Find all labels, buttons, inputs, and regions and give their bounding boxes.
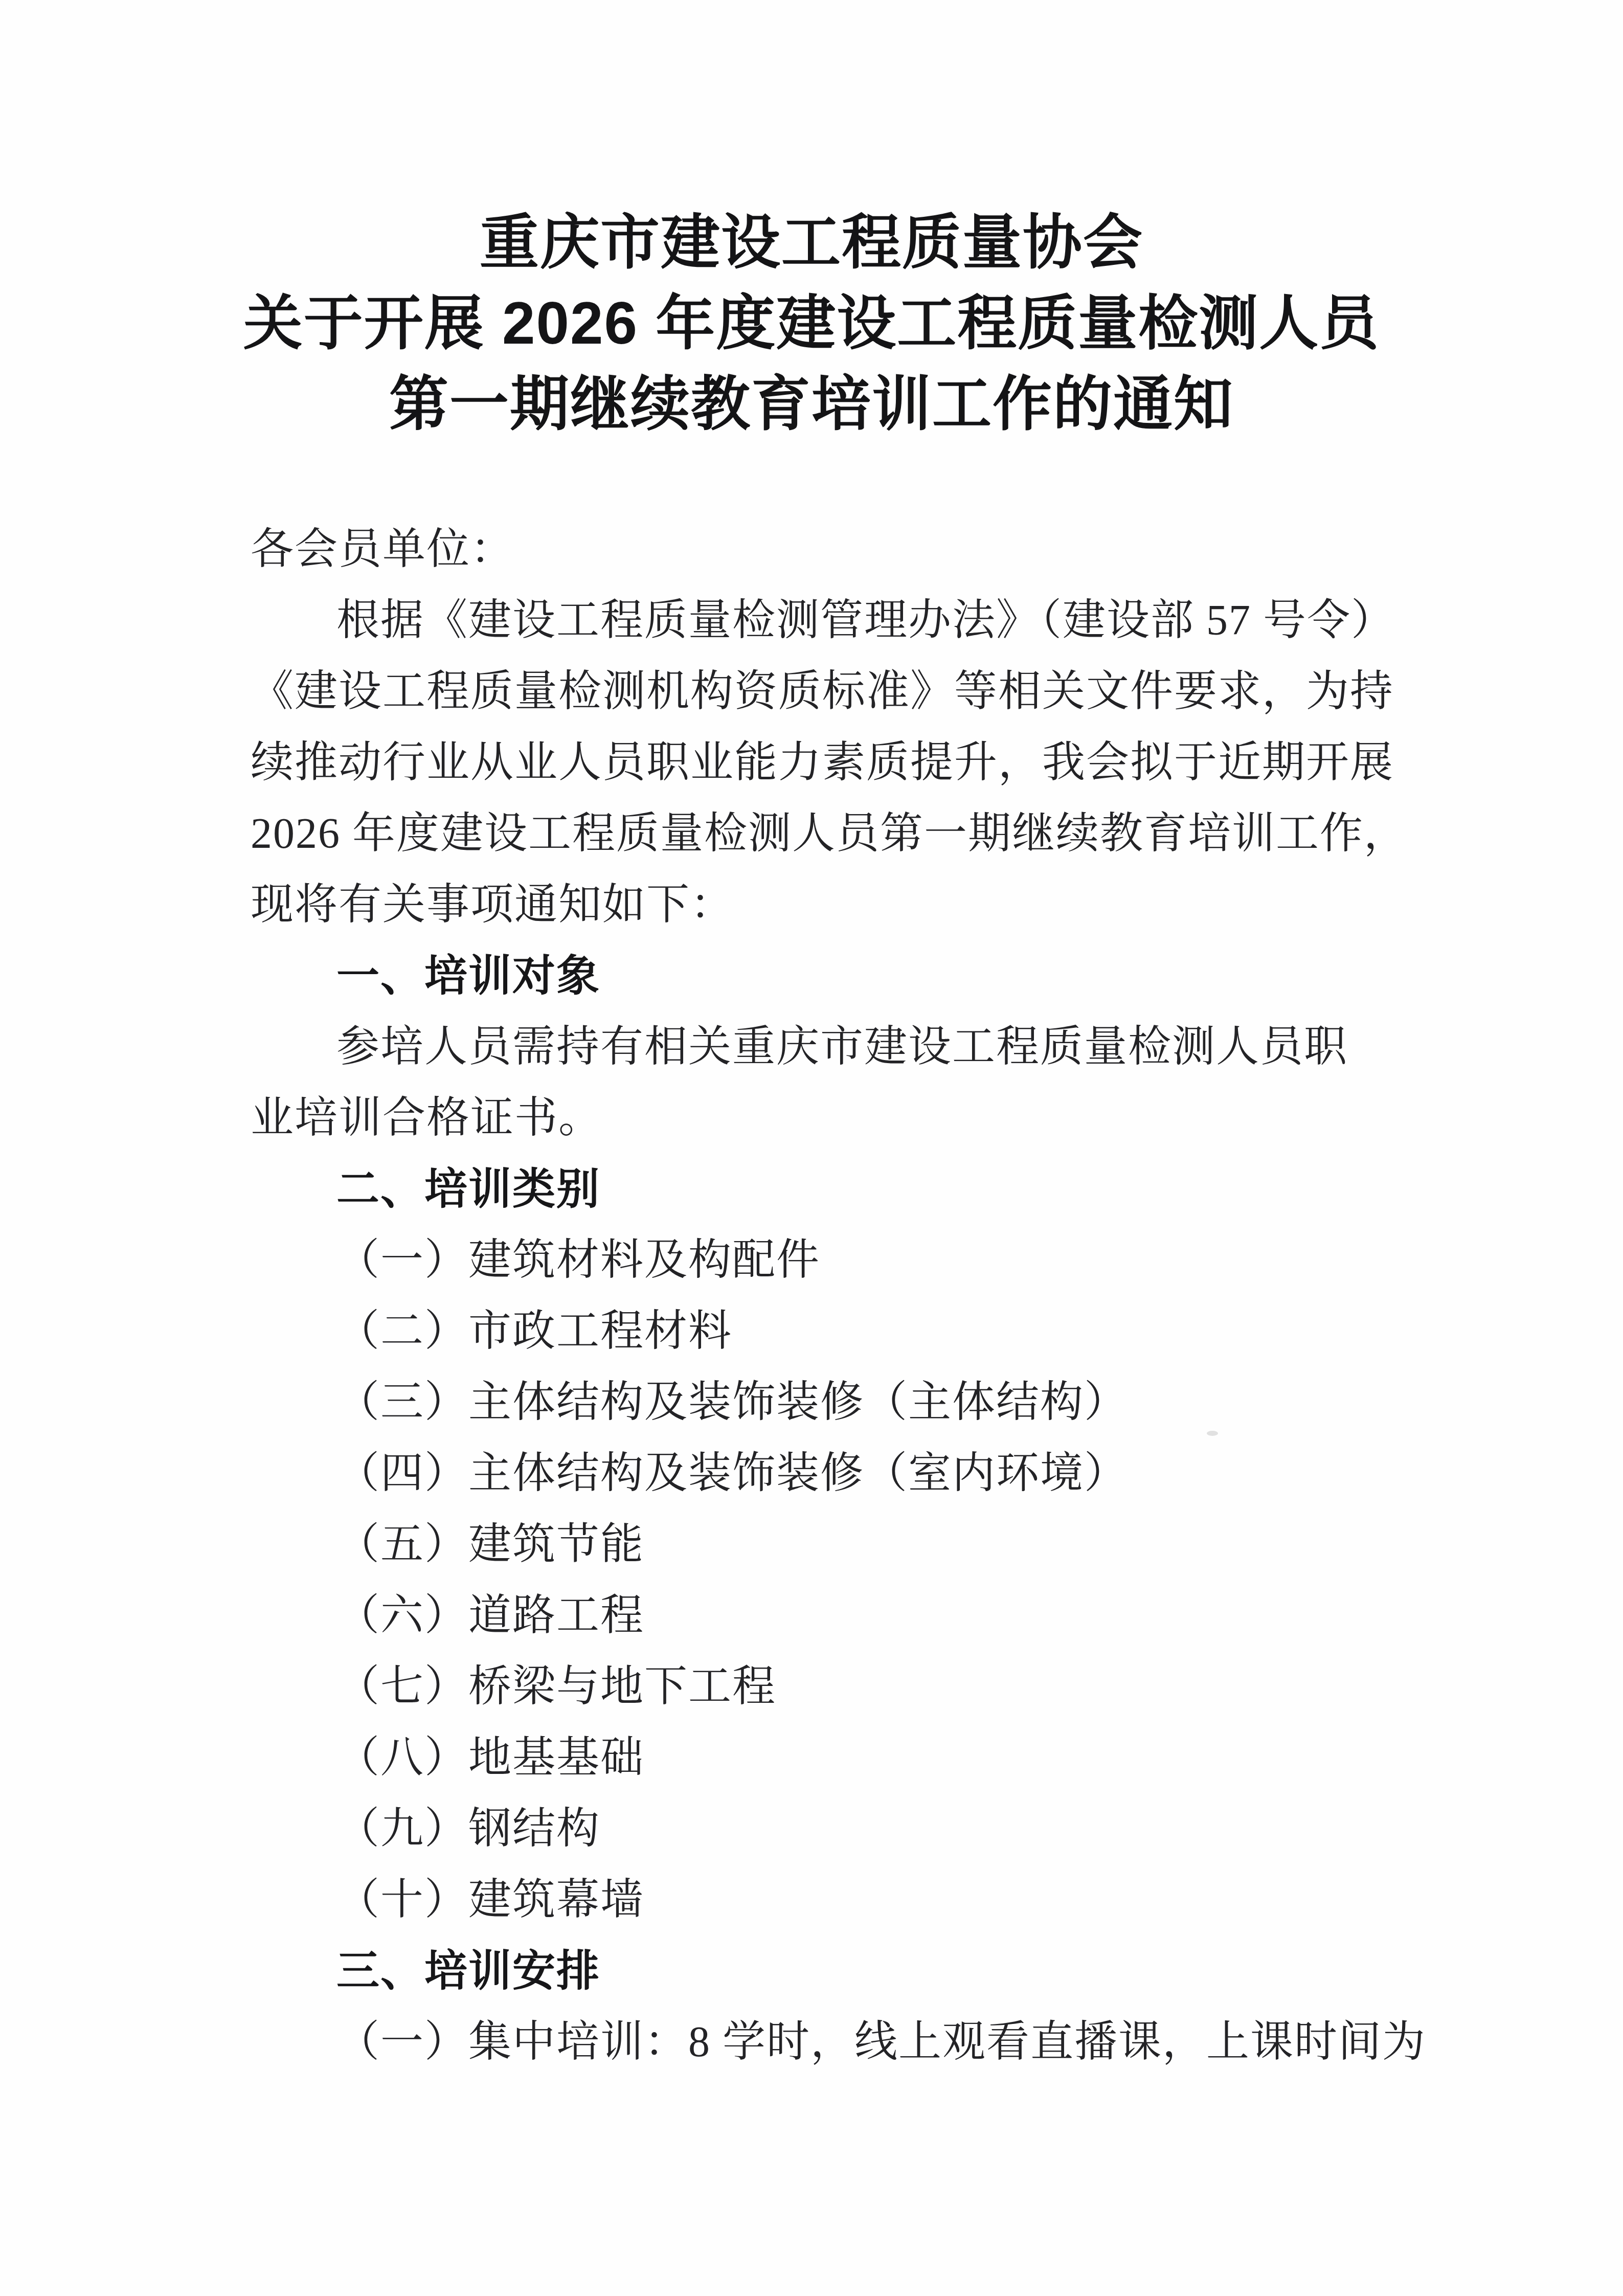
list-item: （九）钢结构 (251, 1793, 1403, 1864)
list-item: （五）建筑节能 (251, 1509, 1403, 1580)
list-item: （六）道路工程 (251, 1580, 1403, 1651)
list-item: （四）主体结构及装饰装修（室内环境） (251, 1438, 1403, 1509)
scanned-notice-page: 重庆市建设工程质量协会 关于开展 2026 年度建设工程质量检测人员 第一期继续… (0, 0, 1623, 2296)
list-item: （八）地基基础 (251, 1722, 1403, 1793)
document-title: 重庆市建设工程质量协会 关于开展 2026 年度建设工程质量检测人员 第一期继续… (0, 0, 1623, 444)
paragraph-line: 根据《建设工程质量检测管理办法》（建设部 57 号令） (251, 585, 1403, 656)
paragraph-line: 业培训合格证书。 (251, 1083, 1403, 1154)
document-body: 各会员单位： 根据《建设工程质量检测管理办法》（建设部 57 号令） 《建设工程… (251, 514, 1403, 2078)
list-item: （十）建筑幕墙 (251, 1864, 1403, 1935)
section-heading-3: 三、培训安排 (251, 1935, 1403, 2007)
scan-artifact (1207, 1431, 1218, 1436)
title-line-3: 第一期继续教育培训工作的通知 (0, 364, 1623, 444)
list-item: （三）主体结构及装饰装修（主体结构） (251, 1367, 1403, 1438)
paragraph-line: 2026 年度建设工程质量检测人员第一期继续教育培训工作， (251, 798, 1403, 869)
section-heading-2: 二、培训类别 (251, 1154, 1403, 1225)
paragraph-line: 参培人员需持有相关重庆市建设工程质量检测人员职 (251, 1011, 1403, 1083)
title-line-2: 关于开展 2026 年度建设工程质量检测人员 (0, 283, 1623, 364)
paragraph-line: 《建设工程质量检测机构资质标准》等相关文件要求，为持 (251, 656, 1403, 727)
section-heading-1: 一、培训对象 (251, 940, 1403, 1011)
paragraph-line: 续推动行业从业人员职业能力素质提升，我会拟于近期开展 (251, 727, 1403, 798)
paragraph-line: （一）集中培训：8 学时，线上观看直播课，上课时间为 (251, 2007, 1403, 2078)
title-line-1: 重庆市建设工程质量协会 (0, 202, 1623, 283)
list-item: （七）桥梁与地下工程 (251, 1651, 1403, 1722)
salutation: 各会员单位： (251, 514, 1403, 585)
list-item: （一）建筑材料及构配件 (251, 1225, 1403, 1296)
paragraph-line: 现将有关事项通知如下： (251, 869, 1403, 940)
list-item: （二）市政工程材料 (251, 1296, 1403, 1367)
